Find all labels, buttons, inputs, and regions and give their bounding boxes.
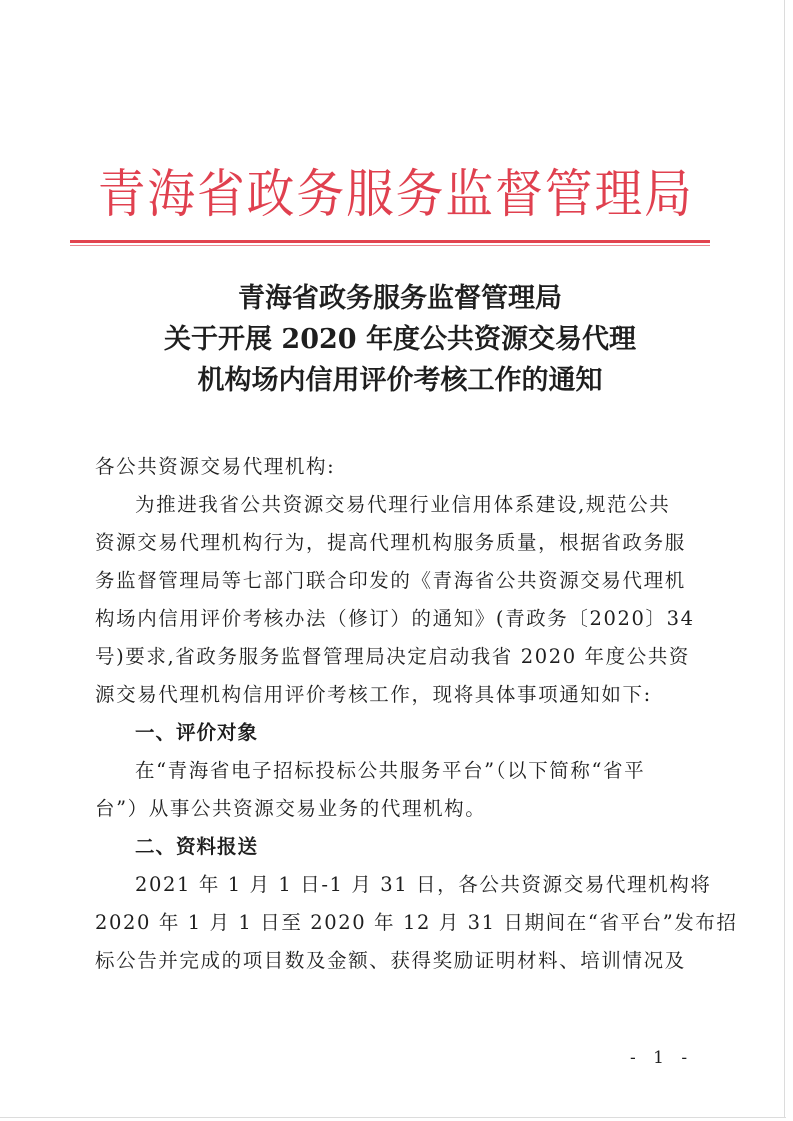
paragraph-line: 台”）从事公共资源交易业务的代理机构。 xyxy=(95,790,707,828)
page-edge xyxy=(0,1117,786,1118)
document-body: 各公共资源交易代理机构: 为推进我省公共资源交易代理行业信用体系建设,规范公共 … xyxy=(95,448,707,980)
title-line: 机构场内信用评价考核工作的通知 xyxy=(80,360,720,401)
letterhead-red-rule-thin xyxy=(70,245,710,246)
salutation: 各公共资源交易代理机构: xyxy=(95,448,707,486)
title-line: 关于开展 2020 年度公共资源交易代理 xyxy=(80,319,720,360)
page-number: - 1 - xyxy=(630,1048,693,1068)
paragraph-line: 标公告并完成的项目数及金额、获得奖励证明材料、培训情况及 xyxy=(95,942,707,980)
paragraph-line: 为推进我省公共资源交易代理行业信用体系建设,规范公共 xyxy=(95,486,707,524)
section-heading: 一、评价对象 xyxy=(95,714,707,752)
letterhead-issuer: 青海省政务服务监督管理局 xyxy=(98,155,687,235)
paragraph-line: 2020 年 1 月 1 日至 2020 年 12 月 31 日期间在“省平台”… xyxy=(95,904,707,942)
paragraph-line: 在“青海省电子招标投标公共服务平台”（以下简称“省平 xyxy=(95,752,707,790)
paragraph-line: 号)要求,省政务服务监督管理局决定启动我省 2020 年度公共资 xyxy=(95,638,707,676)
paragraph-line: 资源交易代理机构行为，提高代理机构服务质量，根据省政务服 xyxy=(95,524,707,562)
page-edge xyxy=(784,0,785,1118)
document-page: 青海省政务服务监督管理局 青海省政务服务监督管理局 关于开展 2020 年度公共… xyxy=(0,0,793,1121)
paragraph-line: 2021 年 1 月 1 日-1 月 31 日，各公共资源交易代理机构将 xyxy=(95,866,707,904)
document-title: 青海省政务服务监督管理局 关于开展 2020 年度公共资源交易代理 机构场内信用… xyxy=(80,278,720,401)
paragraph-line: 务监督管理局等七部门联合印发的《青海省公共资源交易代理机 xyxy=(95,562,707,600)
paragraph-line: 构场内信用评价考核办法（修订）的通知》(青政务〔2020〕34 xyxy=(95,600,707,638)
paragraph-line: 源交易代理机构信用评价考核工作，现将具体事项通知如下: xyxy=(95,676,707,714)
letterhead-red-rule xyxy=(70,240,710,243)
title-line: 青海省政务服务监督管理局 xyxy=(80,278,720,319)
section-heading: 二、资料报送 xyxy=(95,828,707,866)
